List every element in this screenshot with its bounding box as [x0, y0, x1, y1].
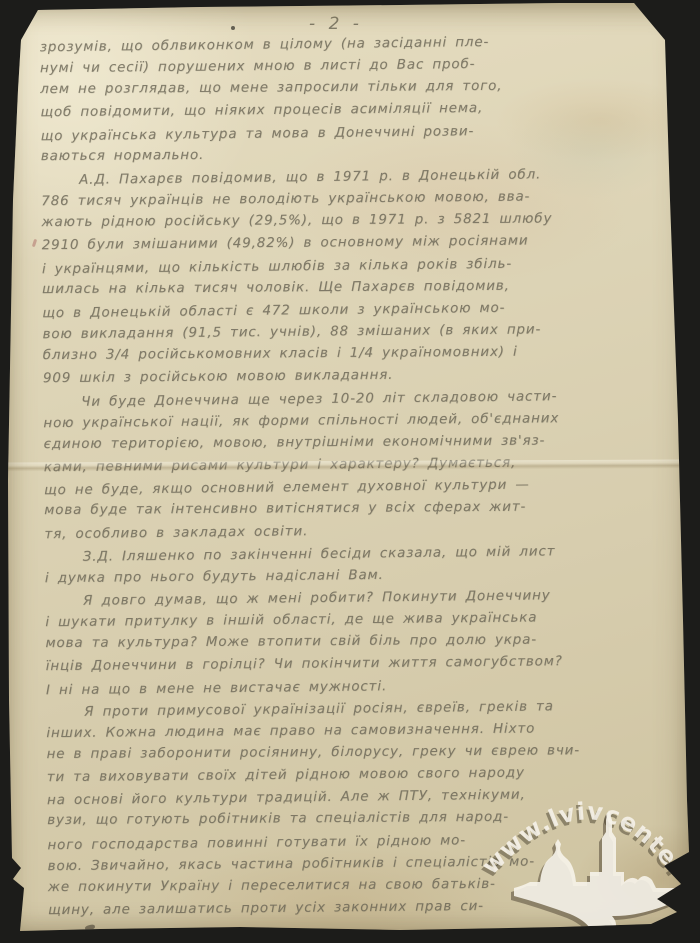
paragraph: зрозумів, що облвиконком в цілому (на за… [40, 30, 669, 169]
red-mark [32, 239, 37, 248]
scanner-background: - 2 - зрозумів, що облвиконком в цілому … [0, 0, 700, 943]
pencil-smudge [85, 924, 96, 931]
lvivcenter-watermark: www.lvivcenter.org www.lvivcenter.org [452, 776, 700, 943]
handwritten-line: не в праві заборонити росіянину, білорус… [47, 740, 675, 767]
paragraph: З.Д. Іляшенко по закінченні бесіди сказа… [45, 540, 673, 590]
paragraph: Я довго думав, що ж мені робити? Покинут… [45, 584, 674, 701]
handwritten-line: єдиною територією, мовою, внутрішніми ек… [44, 429, 672, 456]
document-page: - 2 - зрозумів, що облвиконком в цілому … [0, 0, 700, 943]
paragraph: А.Д. Пахарєв повідомив, що в 1971 р. в Д… [41, 163, 671, 391]
paragraph: Чи буде Донеччина ще через 10-20 літ скл… [43, 385, 672, 546]
